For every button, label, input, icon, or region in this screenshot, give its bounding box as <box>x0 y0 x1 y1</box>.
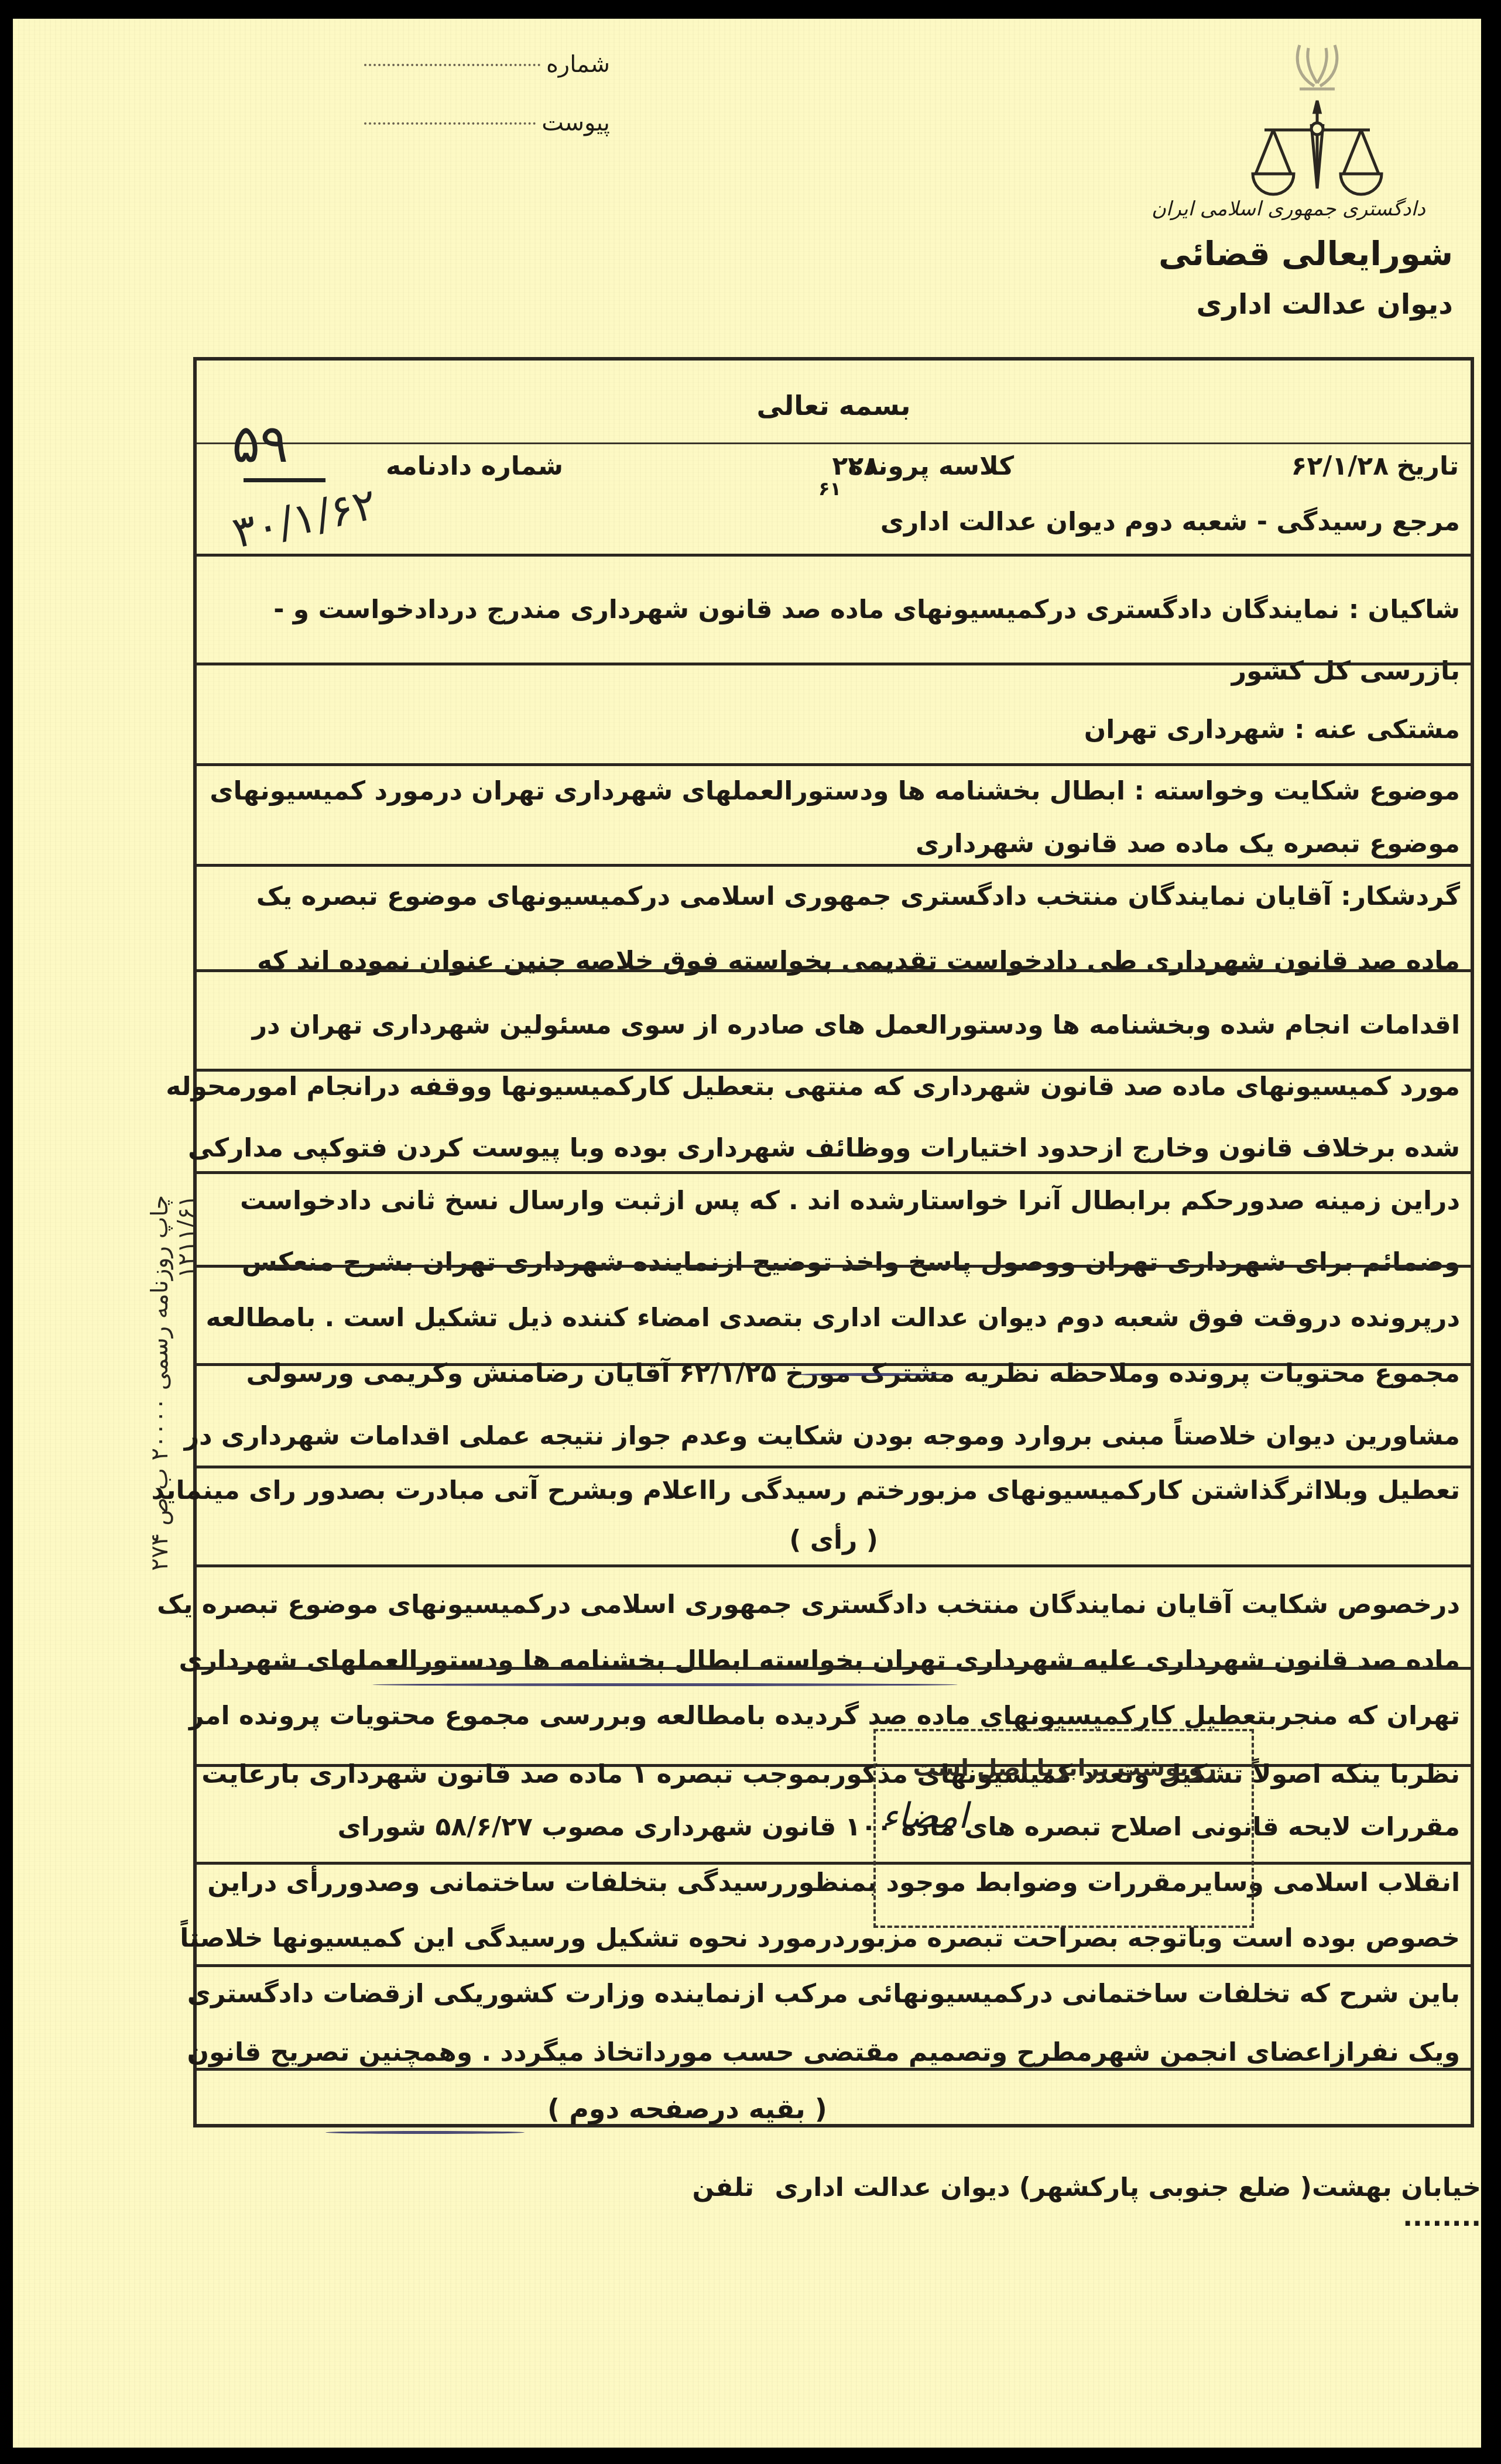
attachment-field: پیوست <box>364 109 610 136</box>
divider <box>197 1667 1471 1670</box>
handwritten-number: ۵۹ <box>232 413 289 475</box>
fraction-bar <box>244 478 325 482</box>
org-name-judiciary: دادگستری جمهوری اسلامی ایران <box>1152 197 1425 221</box>
divider <box>197 1564 1471 1567</box>
ruling-line: ماده صد قانون شهرداری علیه شهرداری تهران… <box>179 1645 1460 1675</box>
divider <box>197 1265 1471 1268</box>
body-line: تعطیل وبلااثرگذاشتن کارکمیسیونهای مزبورخ… <box>152 1475 1460 1505</box>
ruling-line: انقلاب اسلامی وسایرمقررات وضوابط موجود ب… <box>207 1868 1460 1897</box>
reference-line: مرجع رسیدگی - شعبه دوم دیوان عدالت اداری <box>880 507 1460 537</box>
body-line: اقدامات انجام شده وبخشنامه ها ودستورالعم… <box>252 1010 1460 1040</box>
signature: امضاء <box>882 1796 968 1837</box>
ruling-line: تهران که منجربتعطیل کارکمیسیونهای ماده ص… <box>189 1701 1460 1731</box>
stamp-text: رونوشت برابربا اصل است <box>913 1755 1216 1782</box>
margin-print-note: چاپ روزنامه رسمی ۲۰۰۰۰ ب ص ۲۷۴ ۱۲۱۱/۶۱ <box>146 1195 181 1652</box>
date-label: تاریخ <box>1396 451 1459 481</box>
body-line: درپرونده دروقت فوق شعبه دوم دیوان عدالت … <box>205 1303 1460 1333</box>
complainant-line-1: شاکیان : نمایندگان دادگستری درکمیسیونهای… <box>273 595 1460 624</box>
body-line: مورد کمیسیونهای ماده صد قانون شهرداری که… <box>166 1072 1460 1101</box>
divider <box>197 969 1471 972</box>
body-line: وضمائم برای شهرداری تهران ووصول پاسخ واخ… <box>242 1247 1460 1277</box>
ruling-line: خصوص بوده است وباتوجه بصراحت تبصره مزبور… <box>180 1923 1460 1953</box>
document-page: شماره پیوست دادگستری جمهوری اسلامی ایران… <box>13 19 1481 2448</box>
divider <box>197 1964 1471 1967</box>
org-name-supreme-council: شورایعالی قضائی <box>1159 235 1453 273</box>
phone-label: تلفن <box>692 2173 754 2202</box>
divider <box>197 1862 1471 1865</box>
divider <box>197 2068 1471 2071</box>
ruling-line: نظربا ینکه اصولاً تشکیل وتعدد کمیسیونهای… <box>201 1759 1460 1789</box>
ink-underline <box>325 2131 525 2134</box>
number-field: شماره <box>364 51 610 78</box>
handwritten-date: ۳۰/۱/۶۲ <box>228 479 381 558</box>
ruling-line: ویک نفرازاعضای انجمن شهرمطرح وتصمیم مقتض… <box>187 2037 1460 2067</box>
date-value: ۶۲/۱/۲۸ <box>1291 451 1389 481</box>
ruling-line: باین شرح که تخلفات ساختمانی درکمیسیونهائ… <box>187 1979 1460 2009</box>
divider <box>197 1466 1471 1468</box>
verdict-number-label: شماره دادنامه <box>386 451 563 481</box>
bismillah-heading: بسمه تعالی <box>197 390 1471 421</box>
case-meta-row: تاریخ ۶۲/۱/۲۸ کلاسه پرونده ۲۲۸ ۶۱ شماره … <box>197 451 1471 498</box>
divider <box>197 554 1471 557</box>
org-name-court: دیوان عدالت اداری <box>1196 288 1453 321</box>
continuation-note: ( بقیه درصفحه دوم ) <box>0 2093 1471 2125</box>
divider <box>197 864 1471 867</box>
ink-underline <box>372 1683 958 1686</box>
body-line: مشاورین دیوان خلاصتاً مبنی بروارد وموجه … <box>184 1421 1460 1451</box>
subject-line-2: موضوع تبصره یک ماده صد قانون شهرداری <box>916 829 1460 859</box>
case-year: ۶۱ <box>818 478 841 500</box>
complainant-line-2: بازرسی کل کشور <box>1232 656 1460 686</box>
body-line: گردشکار: آقایان نمایندگان منتخب دادگستری… <box>256 881 1460 911</box>
divider <box>197 663 1471 665</box>
certified-copy-stamp: رونوشت برابربا اصل است امضاء <box>873 1729 1254 1928</box>
scales-of-justice-emblem-icon <box>1229 36 1405 212</box>
ink-underline <box>800 1373 946 1376</box>
body-line: دراین زمینه صدورحکم برابطال آنرا خواستار… <box>240 1186 1460 1216</box>
attachment-label: پیوست <box>542 109 610 136</box>
number-label: شماره <box>546 51 610 78</box>
divider <box>197 1171 1471 1174</box>
ruling-line: درخصوص شکایت آقایان نمایندگان منتخب دادگ… <box>157 1590 1460 1619</box>
number-dotted-line <box>364 64 540 66</box>
divider <box>197 763 1471 766</box>
footer-address: خیابان بهشت( ضلع جنوبی پارکشهر) دیوان عد… <box>775 2173 1481 2202</box>
ruling-title: ( رأی ) <box>197 1525 1471 1555</box>
divider <box>197 442 1471 444</box>
handwritten-verdict-number: ۵۹ ۳۰/۱/۶۲ <box>232 413 378 546</box>
phone-value: ........ <box>1403 2202 1481 2232</box>
footer-address-line: خیابان بهشت( ضلع جنوبی پارکشهر) دیوان عد… <box>639 2173 1481 2232</box>
defendant-line: مشتکی عنه : شهرداری تهران <box>1084 715 1460 744</box>
subject-line-1: موضوع شکایت وخواسته : ابطال بخشنامه ها و… <box>210 776 1460 806</box>
case-value: ۲۲۸ <box>832 451 879 481</box>
attachment-dotted-line <box>364 122 536 125</box>
body-line: شده برخلاف قانون وخارج ازحدود اختیارات و… <box>188 1133 1460 1163</box>
ruling-form: بسمه تعالی تاریخ ۶۲/۱/۲۸ کلاسه پرونده ۲۲… <box>193 357 1474 2127</box>
